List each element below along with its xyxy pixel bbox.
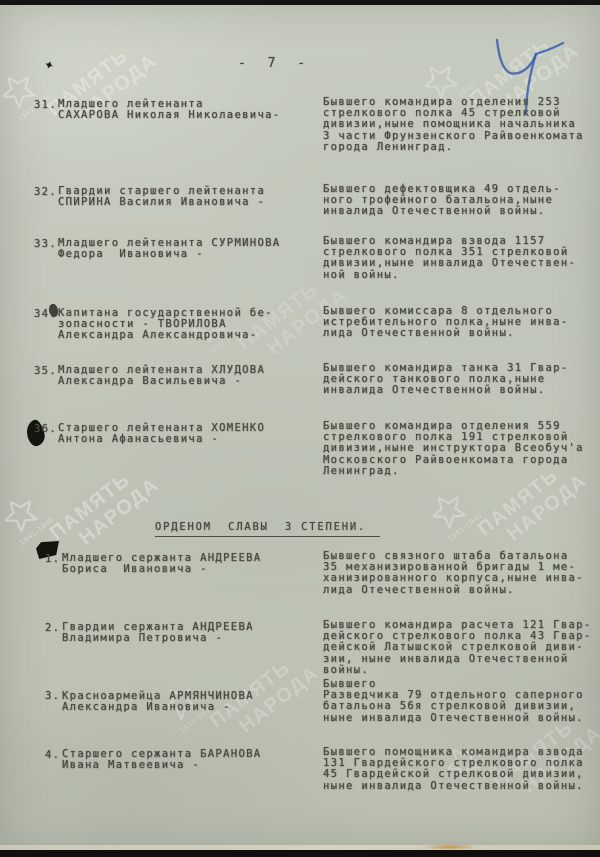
watermark-text: ПАМЯТЬ [46,468,135,545]
entry-recipient: Старшего лейтенанта ХОМЕНКО Антона Афана… [58,423,265,445]
entry-number: 33. [34,239,57,250]
entry-description: Бывшего командира танка 31 Гвар- дейског… [323,363,569,397]
watermark-text: НАРОДА [503,470,592,547]
entry-number: 35. [34,366,57,377]
entry-recipient: Младшего лейтенанта САХАРОВА Николая Ник… [58,99,280,121]
award-entry-3: 3. Красноармейца АРМЯНЧИНОВА Александра … [0,679,600,735]
award-entry-1: 1. Младшего сержанта АНДРЕЕВА Бориса Ива… [0,551,600,607]
page-number: - 7 - [238,56,312,71]
ink-star-blot: ✦ [42,54,56,74]
entry-description: Бывшего командира взвода 1157 стрелковог… [323,236,576,281]
entry-recipient: Гвардии старшего лейтенанта СПИРИНА Васи… [58,186,265,208]
entry-description: Бывшего связного штаба батальона 35 меха… [323,551,584,596]
entry-number: 2. [45,623,60,634]
entry-number: 34. [34,309,57,320]
scan-bottom-border [0,850,600,857]
entry-recipient: Красноармейца АРМЯНЧИНОВА Александра Ива… [62,691,254,713]
entry-number: 3. [45,691,60,702]
entry-recipient: Младшего лейтенанта СУРМИНОВА Федора Ива… [58,238,280,260]
entry-description: Бывшего командира отделения 253 стрелков… [323,97,584,153]
award-entry-34: 34. Капитана государственной бе- зопасно… [0,306,600,362]
award-entry-31: 31. Младшего лейтенанта САХАРОВА Николая… [0,97,600,153]
entry-description: Бывшего Разведчика 79 отдельного саперно… [323,679,584,724]
entry-recipient: Младшего лейтенанта ХЛУДОВА Александра В… [58,365,265,387]
award-entry-32: 32. Гвардии старшего лейтенанта СПИРИНА … [0,184,600,240]
award-entry-36: 36. Старшего лейтенанта ХОМЕНКО Антона А… [0,421,600,477]
award-entry-35: 35. Младшего лейтенанта ХЛУДОВА Александ… [0,363,600,419]
entry-recipient: Капитана государственной бе- зопасности … [58,308,273,342]
entry-number: 32. [34,187,57,198]
scanned-document-page: 1941-1945 ПАМЯТЬ НАРОДА 1941-1945 ПАМЯТЬ… [0,0,600,857]
section-heading: ОРДЕНОМ СЛАВЫ 3 СТЕПЕНИ. [155,521,380,537]
entry-number: 31. [34,100,57,111]
watermark-years: 1941-1945 [446,511,484,544]
scan-top-border [0,0,600,5]
entry-description: Бывшего комиссара 8 отдельного истребите… [323,306,569,340]
star-icon [426,488,470,532]
award-entry-2: 2. Гвардии сержанта АНДРЕЕВА Владимира П… [0,620,600,676]
entry-description: Бывшего командира отделения 559 стрелков… [323,421,584,477]
award-entry-33: 33. Младшего лейтенанта СУРМИНОВА Федора… [0,236,600,292]
entry-number: 36. [34,424,57,435]
entry-recipient: Гвардии сержанта АНДРЕЕВА Владимира Петр… [62,622,254,644]
entry-number: 4. [45,750,60,761]
watermark-text: НАРОДА [75,474,164,551]
entry-description: Бывшего помощника командира взвода 131 Г… [323,747,584,792]
entry-description: Бывшего командира расчета 121 Гвар- дейс… [323,620,592,676]
star-icon [0,492,42,536]
entry-description: Бывшего дефектовщика 49 отдель- ного тро… [323,184,561,218]
entry-number: 1. [45,554,60,565]
entry-recipient: Старшего сержанта БАРАНОВА Ивана Матвеев… [62,749,261,771]
entry-recipient: Младшего сержанта АНДРЕЕВА Бориса Иванов… [62,553,261,575]
award-entry-4: 4. Старшего сержанта БАРАНОВА Ивана Матв… [0,747,600,803]
